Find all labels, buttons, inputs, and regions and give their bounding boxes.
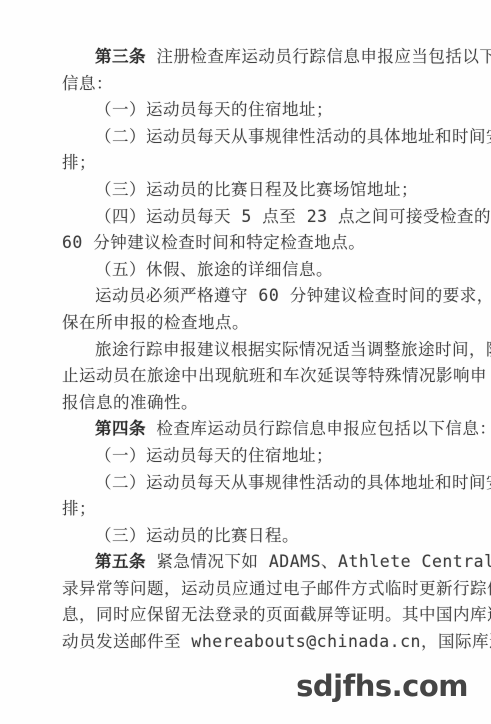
text-line: 息，同时应保留无法登录的页面截屏等证明。其中国内库运 — [62, 602, 462, 629]
text-line: （三）运动员的比赛日程。 — [62, 523, 462, 550]
document-body: 第三条 注册检查库运动员行踪信息申报应当包括以下信息：（一）运动员每天的住宿地址… — [62, 44, 462, 656]
article-number: 第四条 — [95, 419, 146, 438]
watermark: sdjfhs.com — [296, 669, 468, 703]
text-line: （二）运动员每天从事规律性活动的具体地址和时间安 — [62, 124, 462, 151]
text-line: （四）运动员每天 5 点至 23 点之间可接受检查的任意 — [62, 204, 462, 231]
text-line: 第五条 紧急情况下如 ADAMS、Athlete Central 出现登 — [62, 549, 462, 576]
text-line: （五）休假、旅途的详细信息。 — [62, 257, 462, 284]
text-line: 第四条 检查库运动员行踪信息申报应包括以下信息： — [62, 416, 462, 443]
scanned-document-page: 第三条 注册检查库运动员行踪信息申报应当包括以下信息：（一）运动员每天的住宿地址… — [0, 0, 491, 724]
text-line: 报信息的准确性。 — [62, 390, 462, 417]
article-number: 第三条 — [95, 47, 146, 66]
text-line: （二）运动员每天从事规律性活动的具体地址和时间安 — [62, 470, 462, 497]
text-line: 排； — [62, 496, 462, 523]
text-line: 保在所申报的检查地点。 — [62, 310, 462, 337]
text-line: （三）运动员的比赛日程及比赛场馆地址； — [62, 177, 462, 204]
text-line: 旅途行踪申报建议根据实际情况适当调整旅途时间，防 — [62, 337, 462, 364]
text-line: 录异常等问题，运动员应通过电子邮件方式临时更新行踪信 — [62, 576, 462, 603]
text-line: 动员发送邮件至 whereabouts@chinada.cn，国际库运动员同 — [62, 629, 462, 656]
text-line: 止运动员在旅途中出现航班和车次延误等特殊情况影响申 — [62, 363, 462, 390]
text-line: 信息： — [62, 71, 462, 98]
text-line: （一）运动员每天的住宿地址； — [62, 97, 462, 124]
text-line: 排； — [62, 150, 462, 177]
text-line: 运动员必须严格遵守 60 分钟建议检查时间的要求，确 — [62, 283, 462, 310]
article-number: 第五条 — [95, 552, 146, 571]
text-line: （一）运动员每天的住宿地址； — [62, 443, 462, 470]
text-line: 60 分钟建议检查时间和特定检查地点。 — [62, 230, 462, 257]
text-line: 第三条 注册检查库运动员行踪信息申报应当包括以下 — [62, 44, 462, 71]
